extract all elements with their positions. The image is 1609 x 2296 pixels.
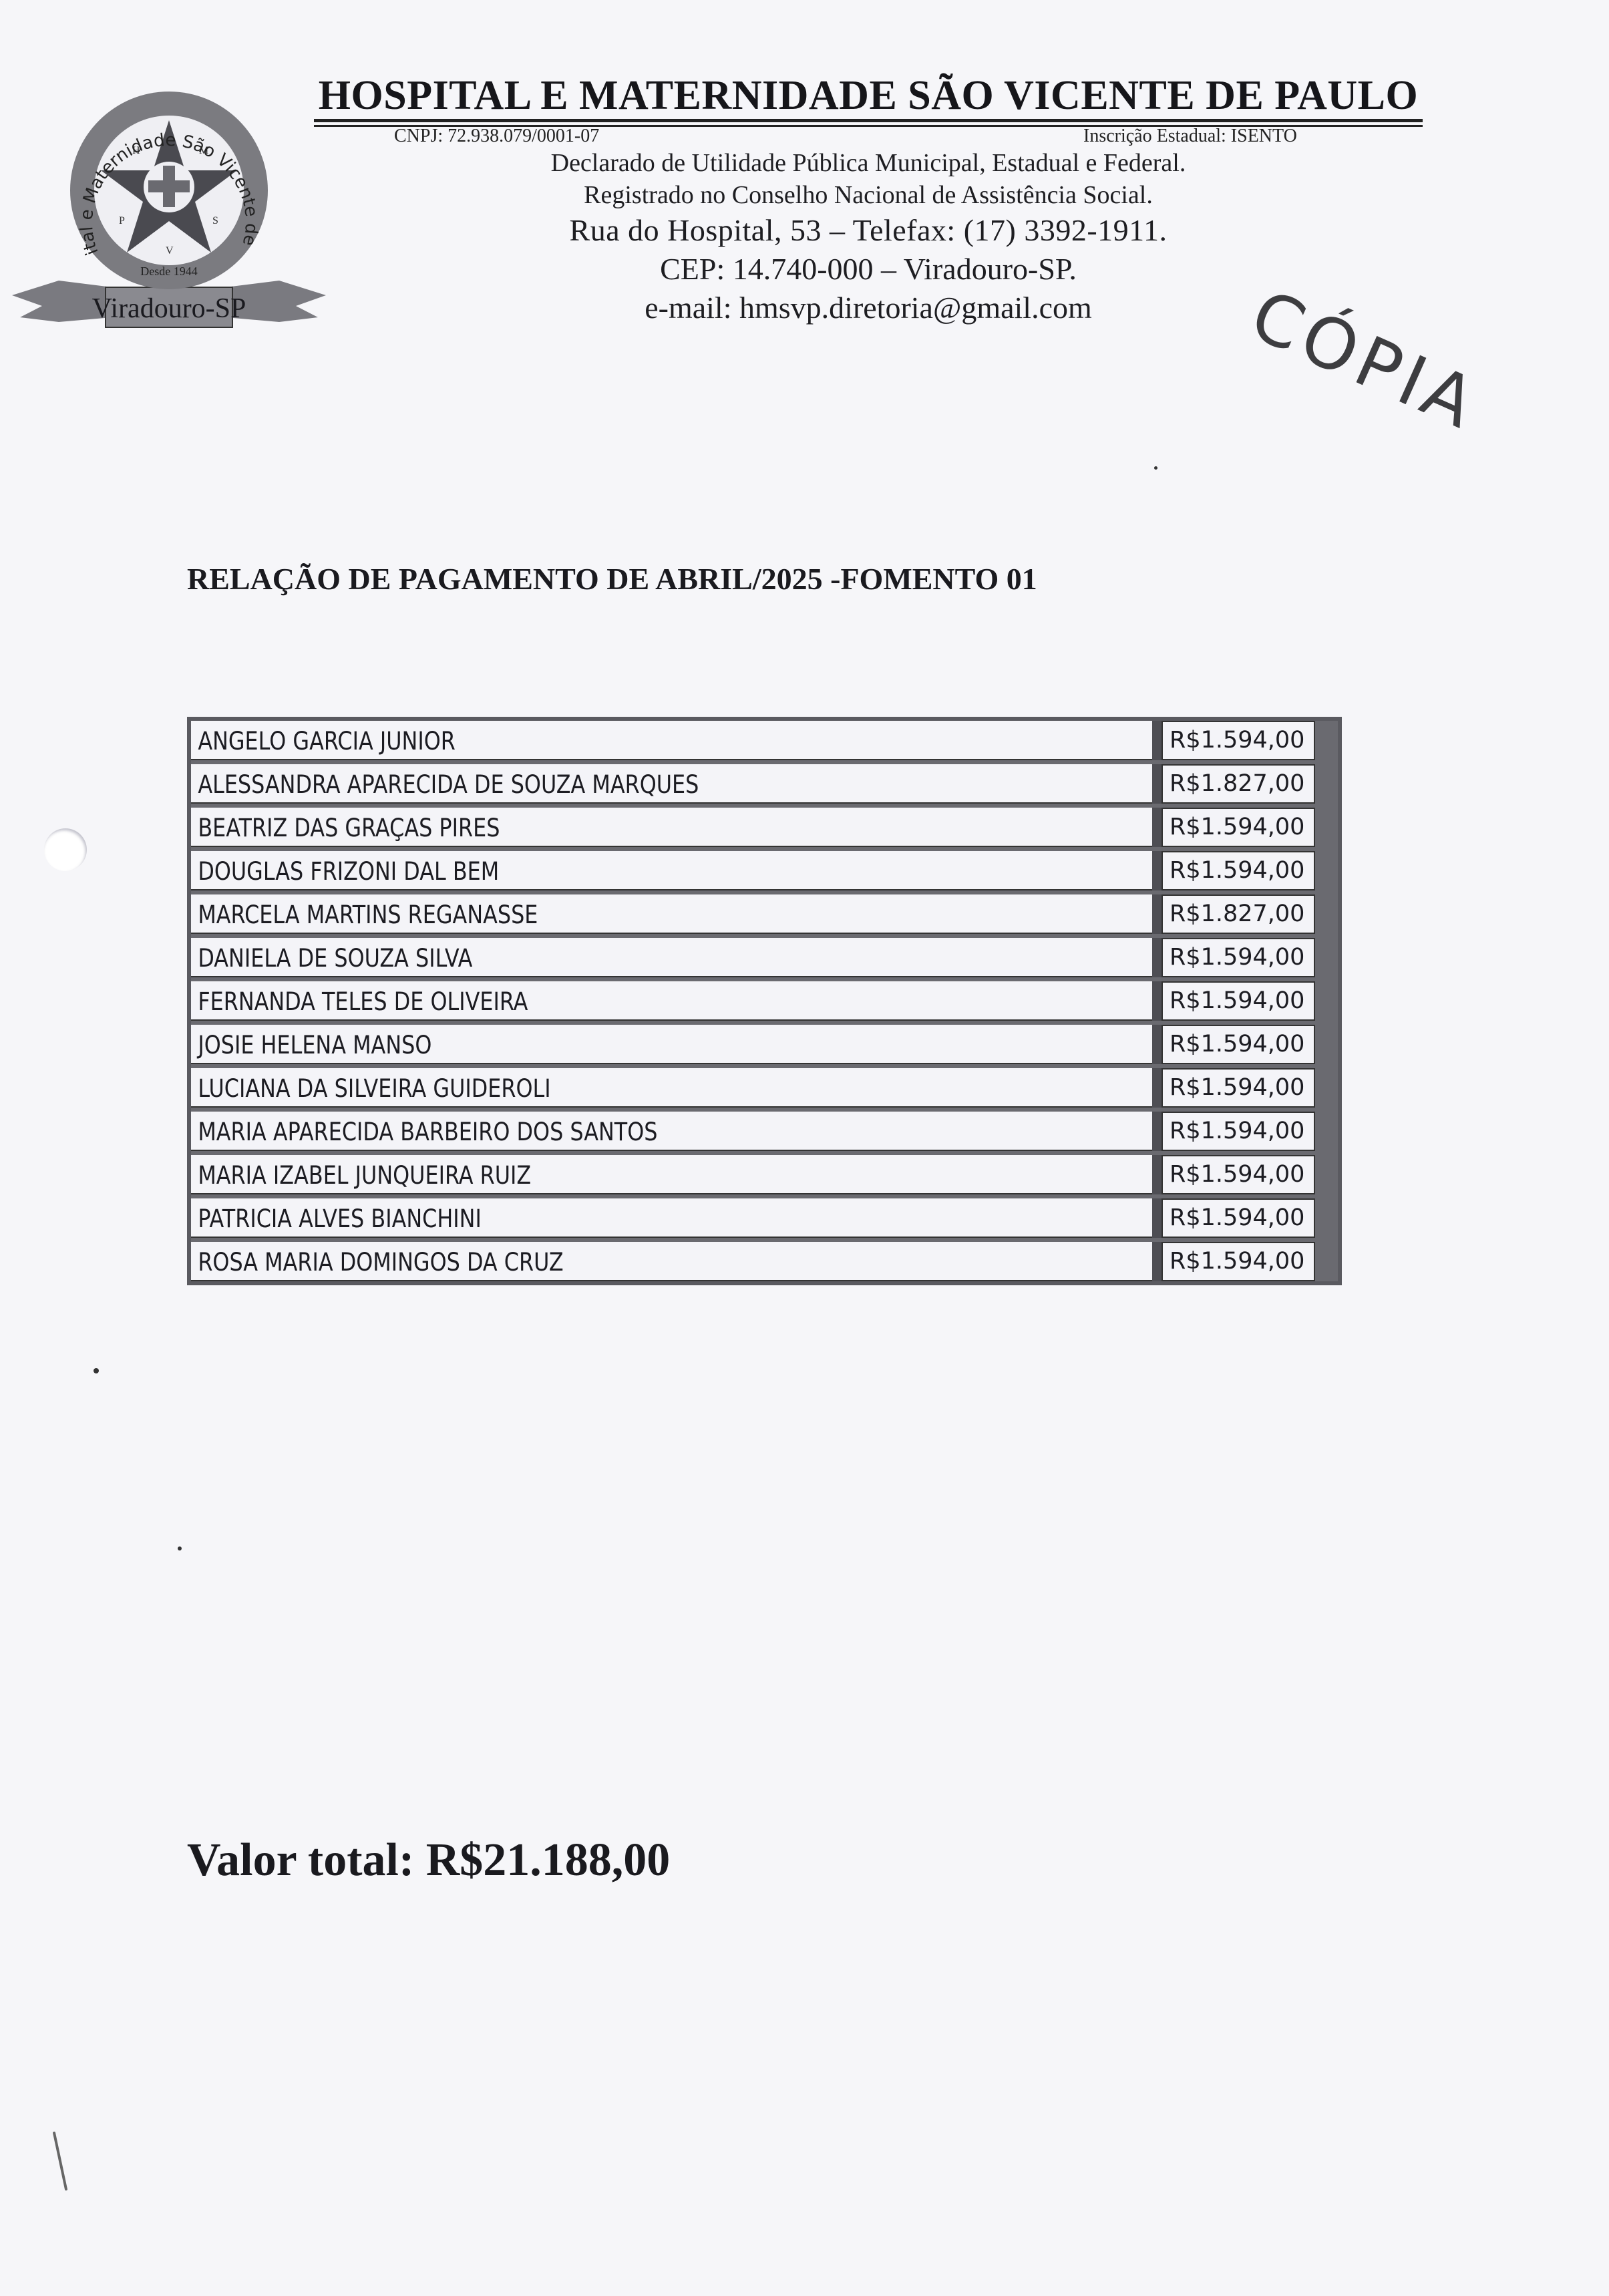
payment-amount: R$1.594,00 [1161,1198,1315,1238]
payment-amount: R$1.594,00 [1161,1025,1315,1064]
payment-amount: R$1.594,00 [1161,938,1315,977]
hospital-name: HOSPITAL E MATERNIDADE SÃO VICENTE DE PA… [314,72,1423,120]
payee-name: PATRICIA ALVES BIANCHINI [191,1198,1152,1238]
payee-name: BEATRIZ DAS GRAÇAS PIRES [191,808,1152,847]
payee-name: MARIA APARECIDA BARBEIRO DOS SANTOS [191,1112,1152,1151]
document-title: RELAÇÃO DE PAGAMENTO DE ABRIL/2025 -FOME… [187,561,1037,597]
column-divider [1152,1198,1161,1238]
payment-amount: R$1.827,00 [1161,894,1315,934]
payment-amount: R$1.594,00 [1161,851,1315,890]
scan-speck [94,1368,99,1373]
scan-speck [178,1546,182,1550]
scan-speck [1154,466,1157,470]
svg-text:Viradouro-SP: Viradouro-SP [92,293,246,324]
table-row: FERNANDA TELES DE OLIVEIRAR$1.594,00 [191,981,1338,1021]
name-cell: LUCIANA DA SILVEIRA GUIDEROLI [191,1068,1152,1108]
title-underline [314,119,1423,122]
payee-name: ALESSANDRA APARECIDA DE SOUZA MARQUES [191,764,1152,804]
name-cell: MARIA IZABEL JUNQUEIRA RUIZ [191,1155,1152,1194]
svg-text:Desde 1944: Desde 1944 [140,265,197,278]
column-divider [1152,1025,1161,1064]
table-row: PATRICIA ALVES BIANCHINIR$1.594,00 [191,1198,1338,1238]
payment-amount: R$1.594,00 [1161,1068,1315,1108]
address-phone: Rua do Hospital, 53 – Telefax: (17) 3392… [314,212,1423,248]
payment-amount: R$1.594,00 [1161,1112,1315,1151]
table-row: ANGELO GARCIA JUNIORR$1.594,00 [191,721,1338,760]
scan-mark [53,2132,68,2191]
svg-text:P: P [119,215,125,226]
payee-name: LUCIANA DA SILVEIRA GUIDEROLI [191,1068,1152,1108]
postal-code-city: CEP: 14.740-000 – Viradouro-SP. [314,251,1423,287]
column-divider [1152,1155,1161,1194]
star-cross-emblem-icon: H M P S V Hospital e Maternidade São Vic… [12,53,326,334]
document-page: H M P S V Hospital e Maternidade São Vic… [0,0,1609,2296]
payment-table: ANGELO GARCIA JUNIORR$1.594,00ALESSANDRA… [187,717,1342,1285]
column-divider [1152,938,1161,977]
name-cell: JOSIE HELENA MANSO [191,1025,1152,1064]
table-row: LUCIANA DA SILVEIRA GUIDEROLIR$1.594,00 [191,1068,1338,1108]
name-cell: MARIA APARECIDA BARBEIRO DOS SANTOS [191,1112,1152,1151]
name-cell: ANGELO GARCIA JUNIOR [191,721,1152,760]
column-divider [1152,721,1161,760]
svg-text:S: S [212,215,218,226]
table-row: MARCELA MARTINS REGANASSER$1.827,00 [191,894,1338,934]
total-value: Valor total: R$21.188,00 [187,1834,670,1887]
column-divider [1152,894,1161,934]
council-registration: Registrado no Conselho Nacional de Assis… [314,180,1423,210]
column-divider [1152,851,1161,890]
payment-amount: R$1.594,00 [1161,808,1315,847]
column-divider [1152,981,1161,1021]
name-cell: MARCELA MARTINS REGANASSE [191,894,1152,934]
table-row: JOSIE HELENA MANSOR$1.594,00 [191,1025,1338,1064]
payee-name: MARIA IZABEL JUNQUEIRA RUIZ [191,1155,1152,1194]
hospital-logo: H M P S V Hospital e Maternidade São Vic… [12,53,326,334]
payee-name: ANGELO GARCIA JUNIOR [191,721,1152,760]
table-row: ALESSANDRA APARECIDA DE SOUZA MARQUESR$1… [191,764,1338,804]
name-cell: ROSA MARIA DOMINGOS DA CRUZ [191,1242,1152,1281]
punch-hole [44,828,87,871]
table-row: BEATRIZ DAS GRAÇAS PIRESR$1.594,00 [191,808,1338,847]
cnpj: CNPJ: 72.938.079/0001-07 [394,126,599,147]
payment-amount: R$1.827,00 [1161,764,1315,804]
payment-amount: R$1.594,00 [1161,1155,1315,1194]
name-cell: BEATRIZ DAS GRAÇAS PIRES [191,808,1152,847]
name-cell: PATRICIA ALVES BIANCHINI [191,1198,1152,1238]
payee-name: JOSIE HELENA MANSO [191,1025,1152,1064]
payee-name: DOUGLAS FRIZONI DAL BEM [191,851,1152,890]
column-divider [1152,1112,1161,1151]
payment-amount: R$1.594,00 [1161,1242,1315,1281]
column-divider [1152,1068,1161,1108]
payee-name: MARCELA MARTINS REGANASSE [191,894,1152,934]
column-divider [1152,1242,1161,1281]
svg-text:V: V [166,245,174,257]
payment-amount: R$1.594,00 [1161,981,1315,1021]
column-divider [1152,808,1161,847]
table-row: ROSA MARIA DOMINGOS DA CRUZR$1.594,00 [191,1242,1338,1281]
payee-name: ROSA MARIA DOMINGOS DA CRUZ [191,1242,1152,1281]
payee-name: FERNANDA TELES DE OLIVEIRA [191,981,1152,1021]
payment-amount: R$1.594,00 [1161,721,1315,760]
name-cell: ALESSANDRA APARECIDA DE SOUZA MARQUES [191,764,1152,804]
table-row: DOUGLAS FRIZONI DAL BEMR$1.594,00 [191,851,1338,890]
name-cell: FERNANDA TELES DE OLIVEIRA [191,981,1152,1021]
public-utility-declaration: Declarado de Utilidade Pública Municipal… [314,148,1423,178]
name-cell: DOUGLAS FRIZONI DAL BEM [191,851,1152,890]
payee-name: DANIELA DE SOUZA SILVA [191,938,1152,977]
table-row: MARIA IZABEL JUNQUEIRA RUIZR$1.594,00 [191,1155,1338,1194]
state-registration: Inscrição Estadual: ISENTO [1083,126,1297,147]
column-divider [1152,764,1161,804]
table-row: MARIA APARECIDA BARBEIRO DOS SANTOSR$1.5… [191,1112,1338,1151]
table-row: DANIELA DE SOUZA SILVAR$1.594,00 [191,938,1338,977]
name-cell: DANIELA DE SOUZA SILVA [191,938,1152,977]
